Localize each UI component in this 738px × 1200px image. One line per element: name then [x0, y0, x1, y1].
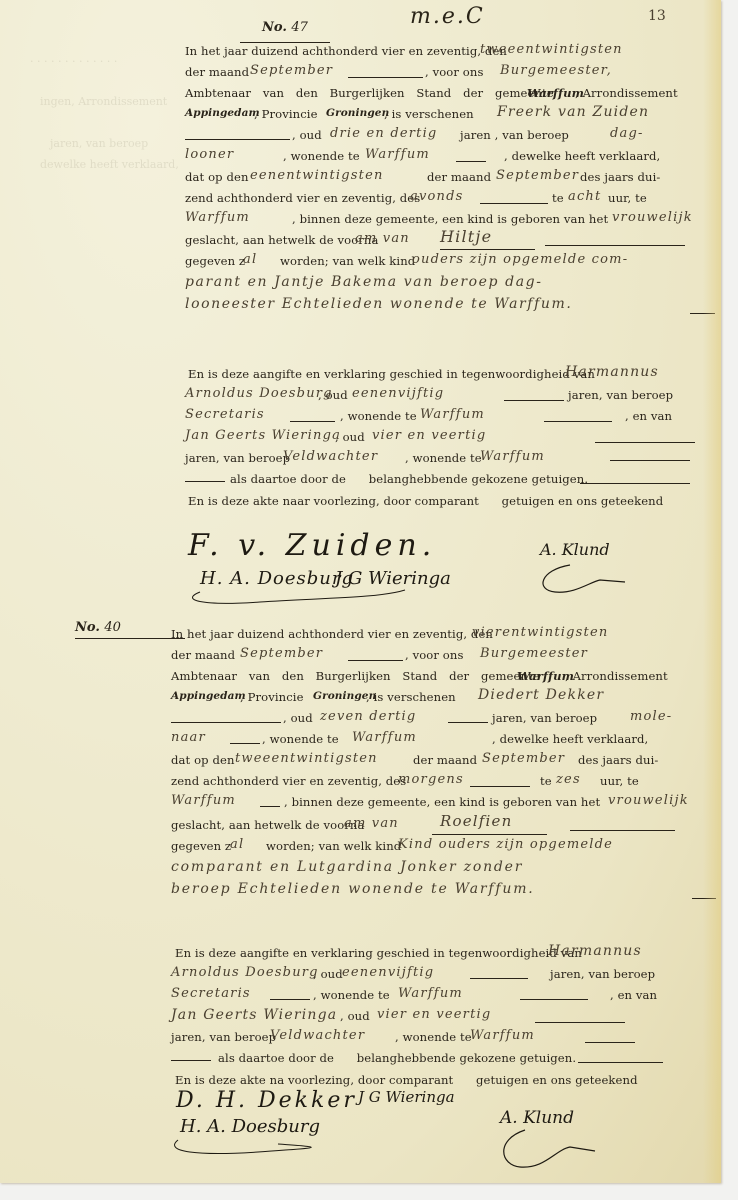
printed-text: , en van: [625, 409, 672, 423]
handwritten-hour: zes: [556, 772, 581, 787]
handwritten-residence: Warffum: [352, 730, 417, 745]
handwritten-birth-month: September: [482, 751, 565, 766]
printed-text: En is deze aangifte en verklaring geschi…: [188, 367, 595, 381]
printed-text: , voor ons: [425, 65, 484, 79]
printed-text: des jaars dui-: [580, 170, 660, 184]
printed-text: uur, te: [600, 774, 639, 788]
signature-flourish: [180, 576, 500, 606]
handwritten-birth-day: eenentwintigsten: [250, 168, 384, 183]
printed-text: , wonende te: [395, 1030, 472, 1044]
printed-province: Groningen: [326, 107, 389, 119]
handwritten-parents: comparant en Lutgardina Jonker zonder: [171, 859, 523, 875]
printed-text: zend achthonderd vier en zeventig, des: [185, 191, 420, 205]
signature-official: A. Klund: [540, 540, 610, 559]
handwritten-occupation: dag-: [610, 126, 644, 141]
act-number-label: No.: [75, 620, 100, 635]
printed-text: En is deze akte na voorlezing, door comp…: [175, 1073, 638, 1087]
printed-text: gegeven z: [171, 839, 231, 853]
handwritten-witness2-name: Jan Geerts Wieringa: [185, 428, 341, 443]
signature-declarant: F. v. Zuiden.: [188, 528, 436, 563]
printed-text: der maand: [171, 648, 235, 662]
name-underline: [432, 834, 547, 835]
printed-text: worden; van welk kind: [280, 254, 415, 268]
handwritten-witness2-occupation: Veldwachter: [283, 449, 378, 464]
act-number-value: 47: [291, 20, 308, 35]
printed-text: worden; van welk kind: [266, 839, 401, 853]
fill-line: [535, 1022, 625, 1023]
fill-line: [545, 245, 685, 246]
handwritten-witness1-residence: Warffum: [398, 986, 463, 1001]
handwritten-parents: Kind ouders zijn opgemelde: [398, 837, 613, 852]
handwritten-text: am van: [344, 816, 399, 831]
fill-line: [520, 999, 588, 1000]
handwritten-parents: ouders zijn opgemelde com-: [412, 252, 628, 267]
fill-line: [480, 203, 548, 204]
printed-text: te: [540, 774, 552, 788]
printed-text: jaren, van beroep: [492, 711, 597, 725]
printed-text: Ambtenaar van den Burgerlijken Stand der…: [185, 86, 554, 100]
handwritten-witness1-age: eenenvijftig: [342, 965, 434, 980]
printed-text: , oud: [340, 1009, 370, 1023]
handwritten-witness2-age: vier en veertig: [377, 1007, 491, 1022]
printed-text: jaren, van beroep: [185, 451, 290, 465]
handwritten-declarant: Diedert Dekker: [478, 687, 604, 703]
printed-text: , wonende te: [313, 988, 390, 1002]
handwritten-witness1-residence: Warffum: [420, 407, 485, 422]
handwritten-official: Burgemeester: [480, 646, 588, 661]
fill-line: [570, 830, 675, 831]
printed-text: , oud: [318, 388, 348, 402]
printed-text: der maand: [427, 170, 491, 184]
handwritten-occupation: mole-: [630, 709, 672, 724]
bleed-through-text: ingen, Arrondissement: [40, 95, 167, 108]
handwritten-witness1-name: Arnoldus Doesburg: [171, 965, 319, 980]
printed-text: , dewelke heeft verklaard,: [492, 732, 648, 746]
printed-text: jaren, van beroep: [171, 1030, 276, 1044]
handwritten-birth-place: Warffum: [185, 210, 250, 225]
printed-text: des jaars dui-: [578, 753, 658, 767]
fill-line: [690, 313, 715, 314]
printed-text: jaren, van beroep: [550, 967, 655, 981]
printed-text: , voor ons: [405, 648, 464, 662]
handwritten-witness2-residence: Warffum: [470, 1028, 535, 1043]
printed-text: der maand: [185, 65, 249, 79]
printed-text: , oud: [283, 711, 313, 725]
fill-line: [585, 1042, 635, 1043]
handwritten-age: drie en dertig: [330, 126, 437, 141]
handwritten-age: zeven dertig: [320, 709, 416, 724]
printed-text: dat op den: [185, 170, 249, 184]
handwritten-witness2-age: vier en veertig: [372, 428, 486, 443]
act-number-value: 40: [104, 620, 121, 635]
fill-line: [185, 481, 225, 482]
printed-text: Ambtenaar van den Burgerlijken Stand der…: [171, 669, 540, 683]
printed-text: te: [552, 191, 564, 205]
handwritten-occupation: naar: [171, 730, 206, 745]
handwritten-text: al: [243, 252, 257, 267]
handwritten-witness1-occupation: Secretaris: [185, 407, 265, 422]
printed-text: als daartoe door de belanghebbende gekoz…: [230, 472, 588, 486]
handwritten-hour: acht: [568, 189, 601, 204]
printed-text: , is verschenen: [366, 690, 456, 704]
bleed-through-text: dewelke heeft verklaard,: [40, 158, 179, 171]
handwritten-witness2-name: Jan Geerts Wieringa: [171, 1007, 337, 1023]
printed-text: , is verschenen: [384, 107, 474, 121]
signature-flourish: [530, 560, 640, 600]
signature-witness2: J G Wieringa: [358, 1088, 455, 1106]
divider: [75, 638, 185, 639]
printed-text: In het jaar duizend achthonderd vier en …: [171, 627, 493, 641]
printed-arrondissement: Appingedam: [185, 107, 260, 119]
handwritten-text: al: [230, 837, 244, 852]
printed-text: , Provincie: [254, 107, 318, 121]
fill-line: [171, 722, 281, 723]
handwritten-parents: beroep Echtelieden wonende te Warffum.: [171, 881, 535, 897]
printed-text: als daartoe door de belanghebbende gekoz…: [218, 1051, 576, 1065]
page-number: 13: [648, 8, 666, 24]
fill-line: [470, 786, 530, 787]
handwritten-witness1-age: eenenvijftig: [352, 386, 444, 401]
handwritten-sex: vrouwelijk: [612, 210, 693, 225]
fill-line: [456, 161, 486, 162]
printed-text: dat op den: [171, 753, 235, 767]
handwritten-parents: looneester Echtelieden wonende te Warffu…: [185, 296, 572, 312]
printed-text: der maand: [413, 753, 477, 767]
divider: [240, 42, 330, 43]
fill-line: [580, 483, 690, 484]
act-number-label: No.: [262, 20, 287, 35]
name-underline: [440, 249, 535, 250]
handwritten-witness2-residence: Warffum: [480, 449, 545, 464]
handwritten-witness2-occupation: Veldwachter: [270, 1028, 365, 1043]
handwritten-date: vierentwintigsten: [472, 625, 608, 640]
signature-flourish: [168, 1130, 368, 1160]
printed-text: , oud: [335, 430, 365, 444]
handwritten-parents: parant en Jantje Bakema van beroep dag-: [185, 274, 543, 290]
signature-flourish: [495, 1125, 605, 1175]
printed-text: , binnen deze gemeente, een kind is gebo…: [292, 212, 608, 226]
handwritten-witness1-name: Arnoldus Doesburg: [185, 386, 333, 401]
fill-line: [260, 806, 280, 807]
fill-line: [578, 1062, 663, 1063]
handwritten-witness1-name: Harmannus: [548, 943, 642, 959]
fill-line: [348, 660, 403, 661]
handwritten-date: tweeentwintigsten: [480, 42, 623, 57]
fill-line: [470, 978, 528, 979]
fill-line: [290, 421, 335, 422]
printed-text: , wonende te: [283, 149, 360, 163]
handwritten-month: September: [250, 63, 333, 78]
printed-text: , Arrondissement: [575, 86, 678, 100]
printed-text: En is deze aangifte en verklaring geschi…: [175, 946, 582, 960]
printed-text: zend achthonderd vier en zeventig, des: [171, 774, 406, 788]
printed-text: , dewelke heeft verklaard,: [504, 149, 660, 163]
handwritten-witness1-name: Harmannus: [565, 364, 659, 380]
fill-line: [595, 442, 695, 443]
fill-line: [544, 421, 612, 422]
handwritten-sex: vrouwelijk: [608, 793, 689, 808]
printed-text: , Arrondissement: [565, 669, 668, 683]
printed-text: geslacht, aan hetwelk de voorna: [171, 818, 365, 832]
handwritten-birth-place: Warffum: [171, 793, 236, 808]
printed-text: gegeven z: [185, 254, 245, 268]
handwritten-witness1-occupation: Secretaris: [171, 986, 251, 1001]
printed-text: In het jaar duizend achthonderd vier en …: [185, 44, 507, 58]
bleed-through-text: . . . . . . . . . . . . .: [30, 52, 117, 65]
fill-line: [230, 743, 260, 744]
printed-text: , wonende te: [405, 451, 482, 465]
fill-line: [185, 139, 290, 140]
printed-text: , oud: [292, 128, 322, 142]
register-page: . . . . . . . . . . . . . ingen, Arrondi…: [0, 0, 721, 1183]
act-number: No. 40: [75, 620, 121, 635]
printed-text: En is deze akte naar voorlezing, door co…: [188, 494, 663, 508]
printed-text: , wonende te: [340, 409, 417, 423]
handwritten-month: September: [240, 646, 323, 661]
handwritten-child-name: Hiltje: [440, 227, 492, 246]
fill-line: [610, 460, 690, 461]
printed-text: geslacht, aan hetwelk de voorna: [185, 233, 379, 247]
printed-text: jaren , van beroep: [460, 128, 569, 142]
printed-text: , binnen deze gemeente, een kind is gebo…: [284, 795, 600, 809]
handwritten-residence: Warffum: [365, 147, 430, 162]
printed-text: , oud: [313, 967, 343, 981]
handwritten-text: am van: [355, 231, 410, 246]
bleed-through-text: jaren, van beroep: [50, 137, 148, 150]
fill-line: [692, 898, 716, 899]
fill-line: [348, 77, 423, 78]
act-number: No. 47: [262, 20, 308, 35]
handwritten-declarant: Freerk van Zuiden: [497, 104, 649, 120]
handwritten-time-of-day: avonds: [410, 189, 464, 204]
printed-text: , en van: [610, 988, 657, 1002]
handwritten-official: Burgemeester,: [500, 63, 612, 78]
signature-declarant: D. H. Dekker: [176, 1088, 357, 1113]
printed-text: , Provincie: [240, 690, 304, 704]
handwritten-child-name: Roelfien: [440, 812, 513, 830]
fill-line: [270, 999, 310, 1000]
fill-line: [171, 1060, 211, 1061]
printed-text: uur, te: [608, 191, 647, 205]
fill-line: [448, 722, 488, 723]
handwritten-occupation: looner: [185, 147, 234, 162]
handwritten-time-of-day: morgens: [398, 772, 464, 787]
fill-line: [504, 400, 564, 401]
handwritten-birth-day: tweeentwintigsten: [235, 751, 378, 766]
printed-text: jaren, van beroep: [568, 388, 673, 402]
printed-text: , wonende te: [262, 732, 339, 746]
header-mark: m.e.C: [410, 4, 485, 29]
handwritten-birth-month: September: [496, 168, 579, 183]
printed-arrondissement: Appingedam: [171, 690, 246, 702]
